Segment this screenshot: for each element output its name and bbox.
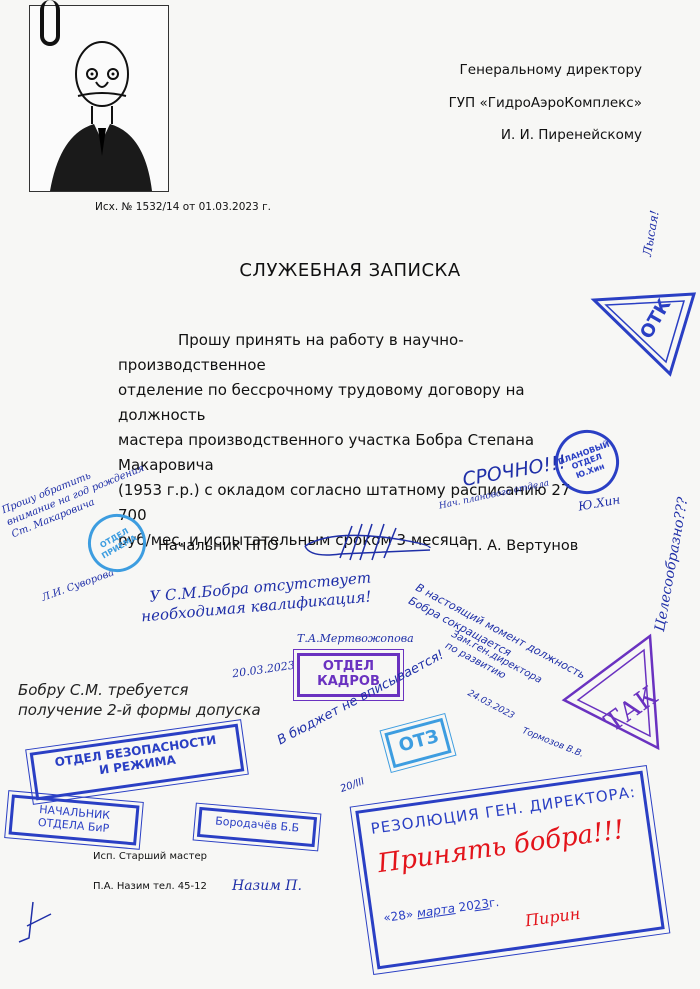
reception-signer: Л.И. Суворова [40,567,115,603]
bald-note: Лысая! [640,209,662,257]
tak-triangle-stamp: ТАК [558,632,668,752]
otz-stamp: ОТЗ [384,718,451,768]
resolution-stamp: РЕЗОЛЮЦИЯ ГЕН. ДИРЕКТОРА: Принять бобра!… [355,771,664,970]
vertunov-signature-icon [300,518,440,568]
director-signature: Пирин [524,904,581,931]
document-title: СЛУЖЕБНАЯ ЗАПИСКА [0,260,700,281]
resolution-date: «28» марта 2023г. [382,895,499,925]
otk-triangle-stamp: ОТК [590,290,700,380]
budget-date: 20/III [339,776,366,795]
body-line: отделение по бессрочному трудовому догов… [118,378,578,428]
body-line: Прошу принять на работу в научно-произво… [118,328,578,378]
deputy-date: 24.03.2023 [466,688,516,721]
executor-signature: Назим П. [232,878,302,894]
addressee-line-3: И. И. Пиренейскому [501,120,642,150]
security-note: Бобру С.М. требуется получение 2-й формы… [18,680,261,720]
security-name-stamp: Бородачёв Б.Б [197,807,317,847]
security-department-stamp: ОТДЕЛ БЕЗОПАСНОСТИ И РЕЖИМА [30,724,245,801]
expediency-note: Целесообразно??? [652,496,691,633]
planning-signer: Ю.Хин [577,492,621,513]
signer-role: Начальник НПО [158,538,279,554]
signer-name: П. А. Вертунов [467,538,578,554]
note-line: Бобра сокращается [406,593,581,696]
resolution-year-suffix: г. [488,895,500,910]
hr-note: У С.М.Бобра отсутствует необходимая квал… [149,568,374,625]
hr-signer: Т.А.Мертвожопова [297,632,414,645]
executor-position: Исп. Старший мастер [93,851,207,862]
addressee-line-2: ГУП «ГидроАэроКомплекс» [449,88,642,118]
executor-name-phone: П.А. Назим тел. 45-12 [93,881,207,892]
note-line: Бобру С.М. требуется [18,680,261,700]
stamp-text: ОТДЕЛ [308,660,389,675]
outgoing-reference: Исх. № 1532/14 от 01.03.2023 г. [95,201,271,213]
resolution-month: марта [416,901,456,920]
hr-date: 20.03.2023 [231,659,295,681]
resolution-day: «28» [382,907,414,925]
security-head-stamp: НАЧАЛЬНИК ОТДЕЛА БиР [9,794,140,845]
addressee-line-1: Генеральному директору [460,55,642,85]
initial-mark-icon [15,900,55,945]
note-line: получение 2-й формы допуска [18,700,261,720]
paperclip-icon [40,0,60,46]
